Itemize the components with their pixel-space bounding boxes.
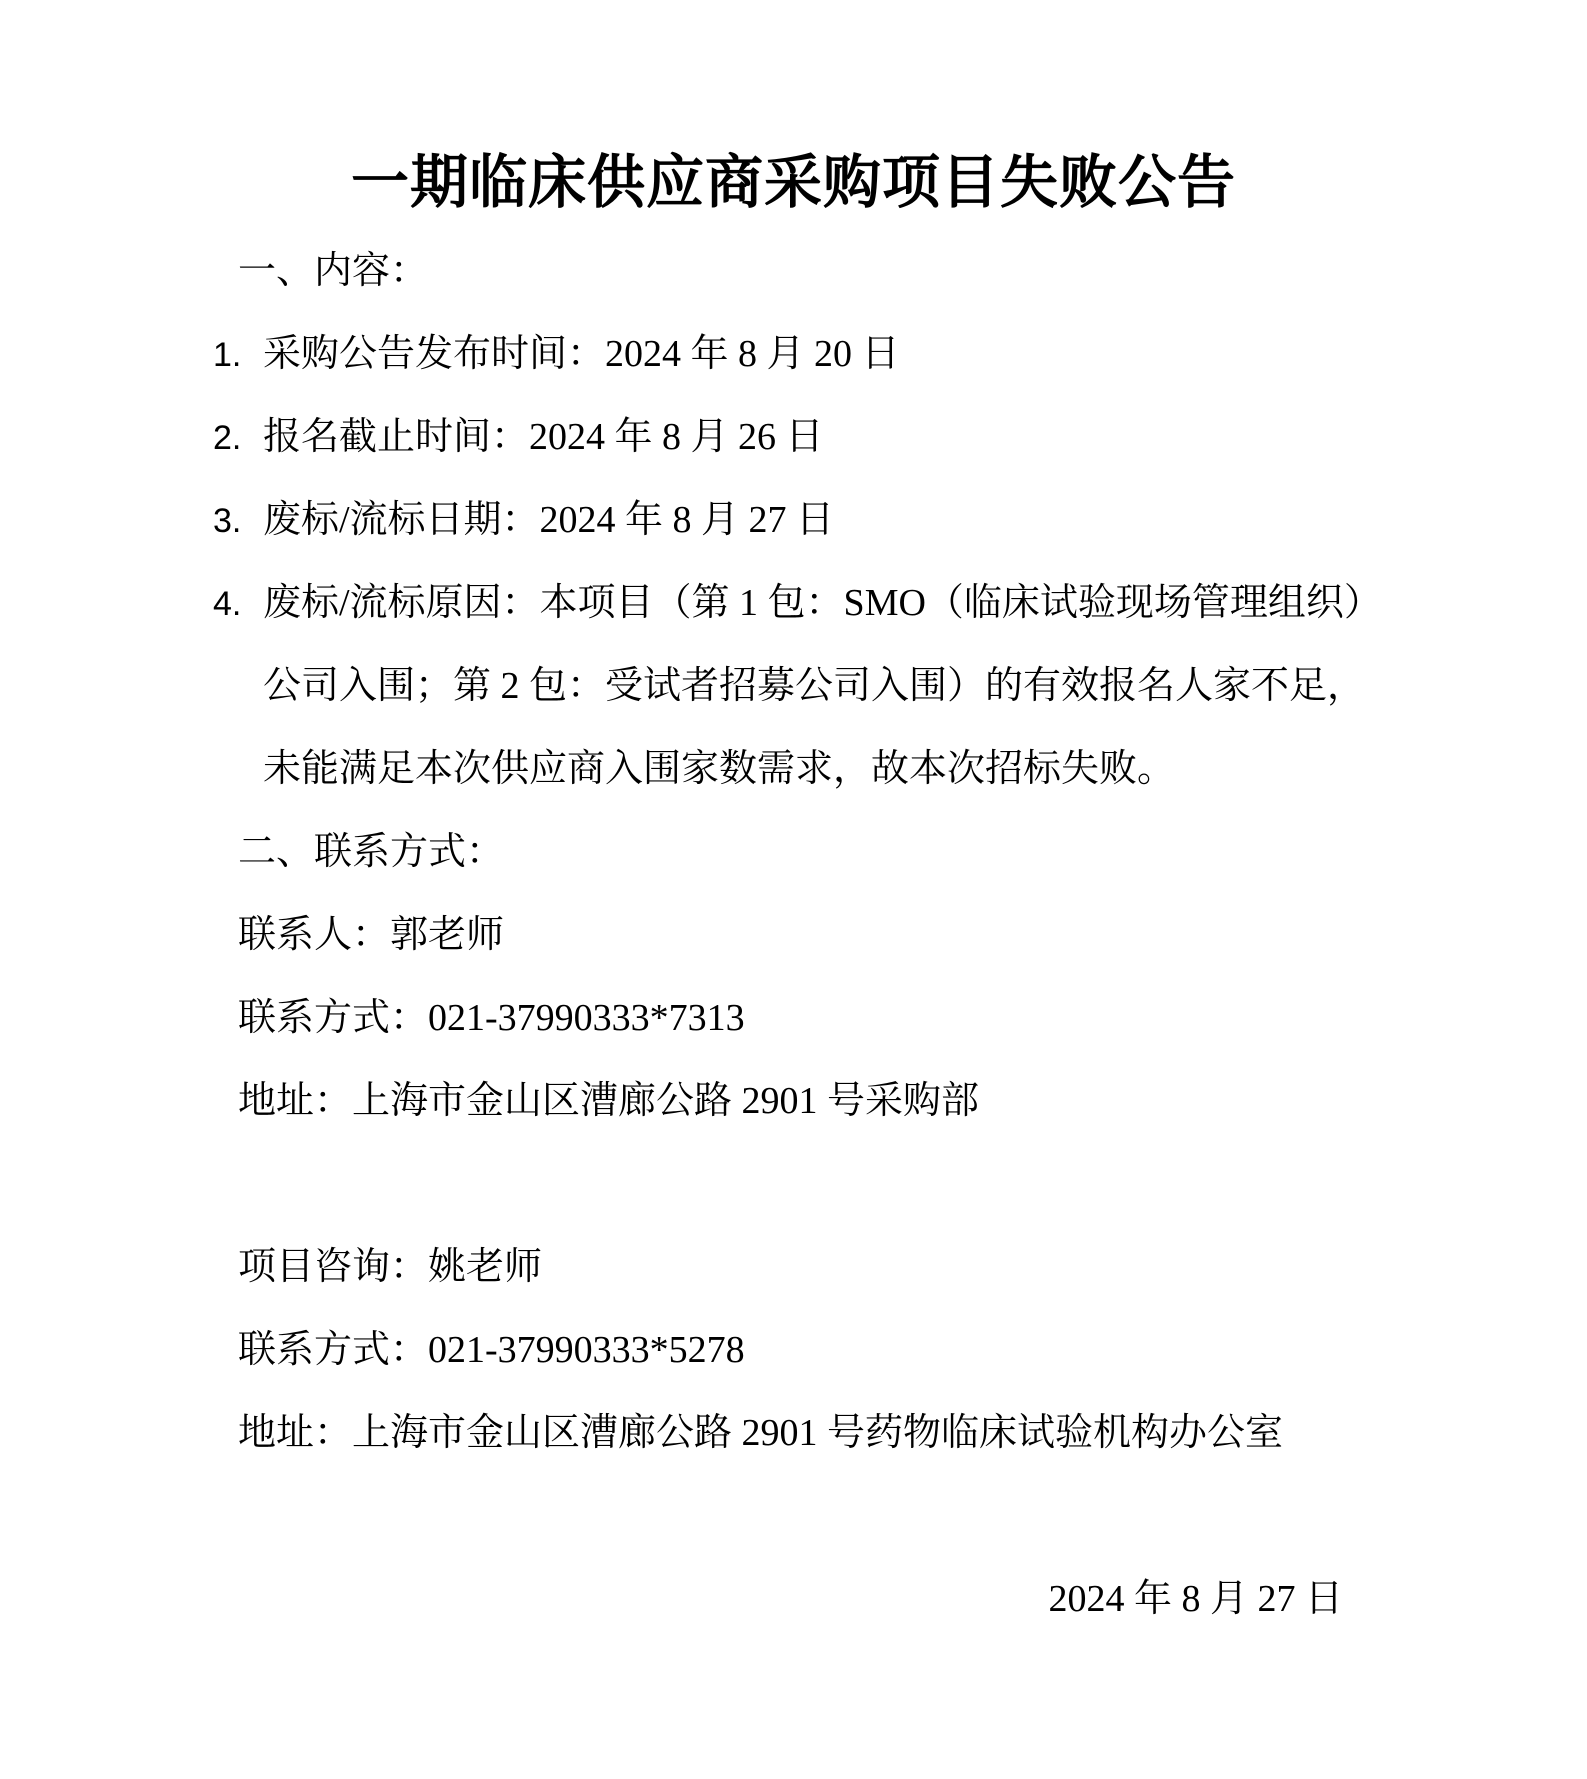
announcement-page: 一期临床供应商采购项目失败公告 一、内容： 1.采购公告发布时间：2024 年 … [0,0,1587,1779]
page-title: 一期临床供应商采购项目失败公告 [0,0,1587,214]
contact-1-address: 地址：上海市金山区漕廊公路 2901 号采购部 [0,1060,1587,1143]
list-item-4: 4.废标/流标原因：本项目（第 1 包：SMO（临床试验现场管理组织） [0,562,1587,645]
spacer [0,1143,1587,1226]
document-date: 2024 年 8 月 27 日 [0,1558,1587,1641]
list-item-1-text: 采购公告发布时间：2024 年 8 月 20 日 [263,333,900,375]
contact-1-person: 联系人：郭老师 [0,894,1587,977]
list-item-1: 1.采购公告发布时间：2024 年 8 月 20 日 [0,313,1587,396]
section-2-marker: 二、 [238,831,314,873]
list-item-4-text-line-2: 公司入围；第 2 包：受试者招募公司入围）的有效报名人家不足， [0,645,1587,728]
list-item-3: 3.废标/流标日期：2024 年 8 月 27 日 [0,479,1587,562]
section-2-heading-text: 联系方式： [314,831,504,873]
list-item-1-number: 1. [213,314,263,397]
list-item-4-text-line-1: 废标/流标原因：本项目（第 1 包：SMO（临床试验现场管理组织） [263,582,1382,624]
section-2-heading: 二、联系方式： [0,811,1587,894]
section-1-heading-text: 内容： [314,250,428,292]
section-1-heading: 一、内容： [0,230,1587,313]
list-item-2: 2.报名截止时间：2024 年 8 月 26 日 [0,396,1587,479]
contact-2-phone: 联系方式：021-37990333*5278 [0,1309,1587,1392]
contact-2-address: 地址：上海市金山区漕廊公路 2901 号药物临床试验机构办公室 [0,1392,1587,1475]
list-item-2-number: 2. [213,397,263,480]
list-item-4-text-line-3: 未能满足本次供应商入围家数需求，故本次招标失败。 [0,728,1587,811]
list-item-4-number: 4. [213,563,263,646]
spacer [0,1475,1587,1558]
section-1-marker: 一、 [238,250,314,292]
list-item-3-text: 废标/流标日期：2024 年 8 月 27 日 [263,499,834,541]
contact-2-person: 项目咨询：姚老师 [0,1226,1587,1309]
list-item-2-text: 报名截止时间：2024 年 8 月 26 日 [263,416,824,458]
list-item-3-number: 3. [213,480,263,563]
contact-1-phone: 联系方式：021-37990333*7313 [0,977,1587,1060]
document-body: 一、内容： 1.采购公告发布时间：2024 年 8 月 20 日 2.报名截止时… [0,230,1587,1641]
